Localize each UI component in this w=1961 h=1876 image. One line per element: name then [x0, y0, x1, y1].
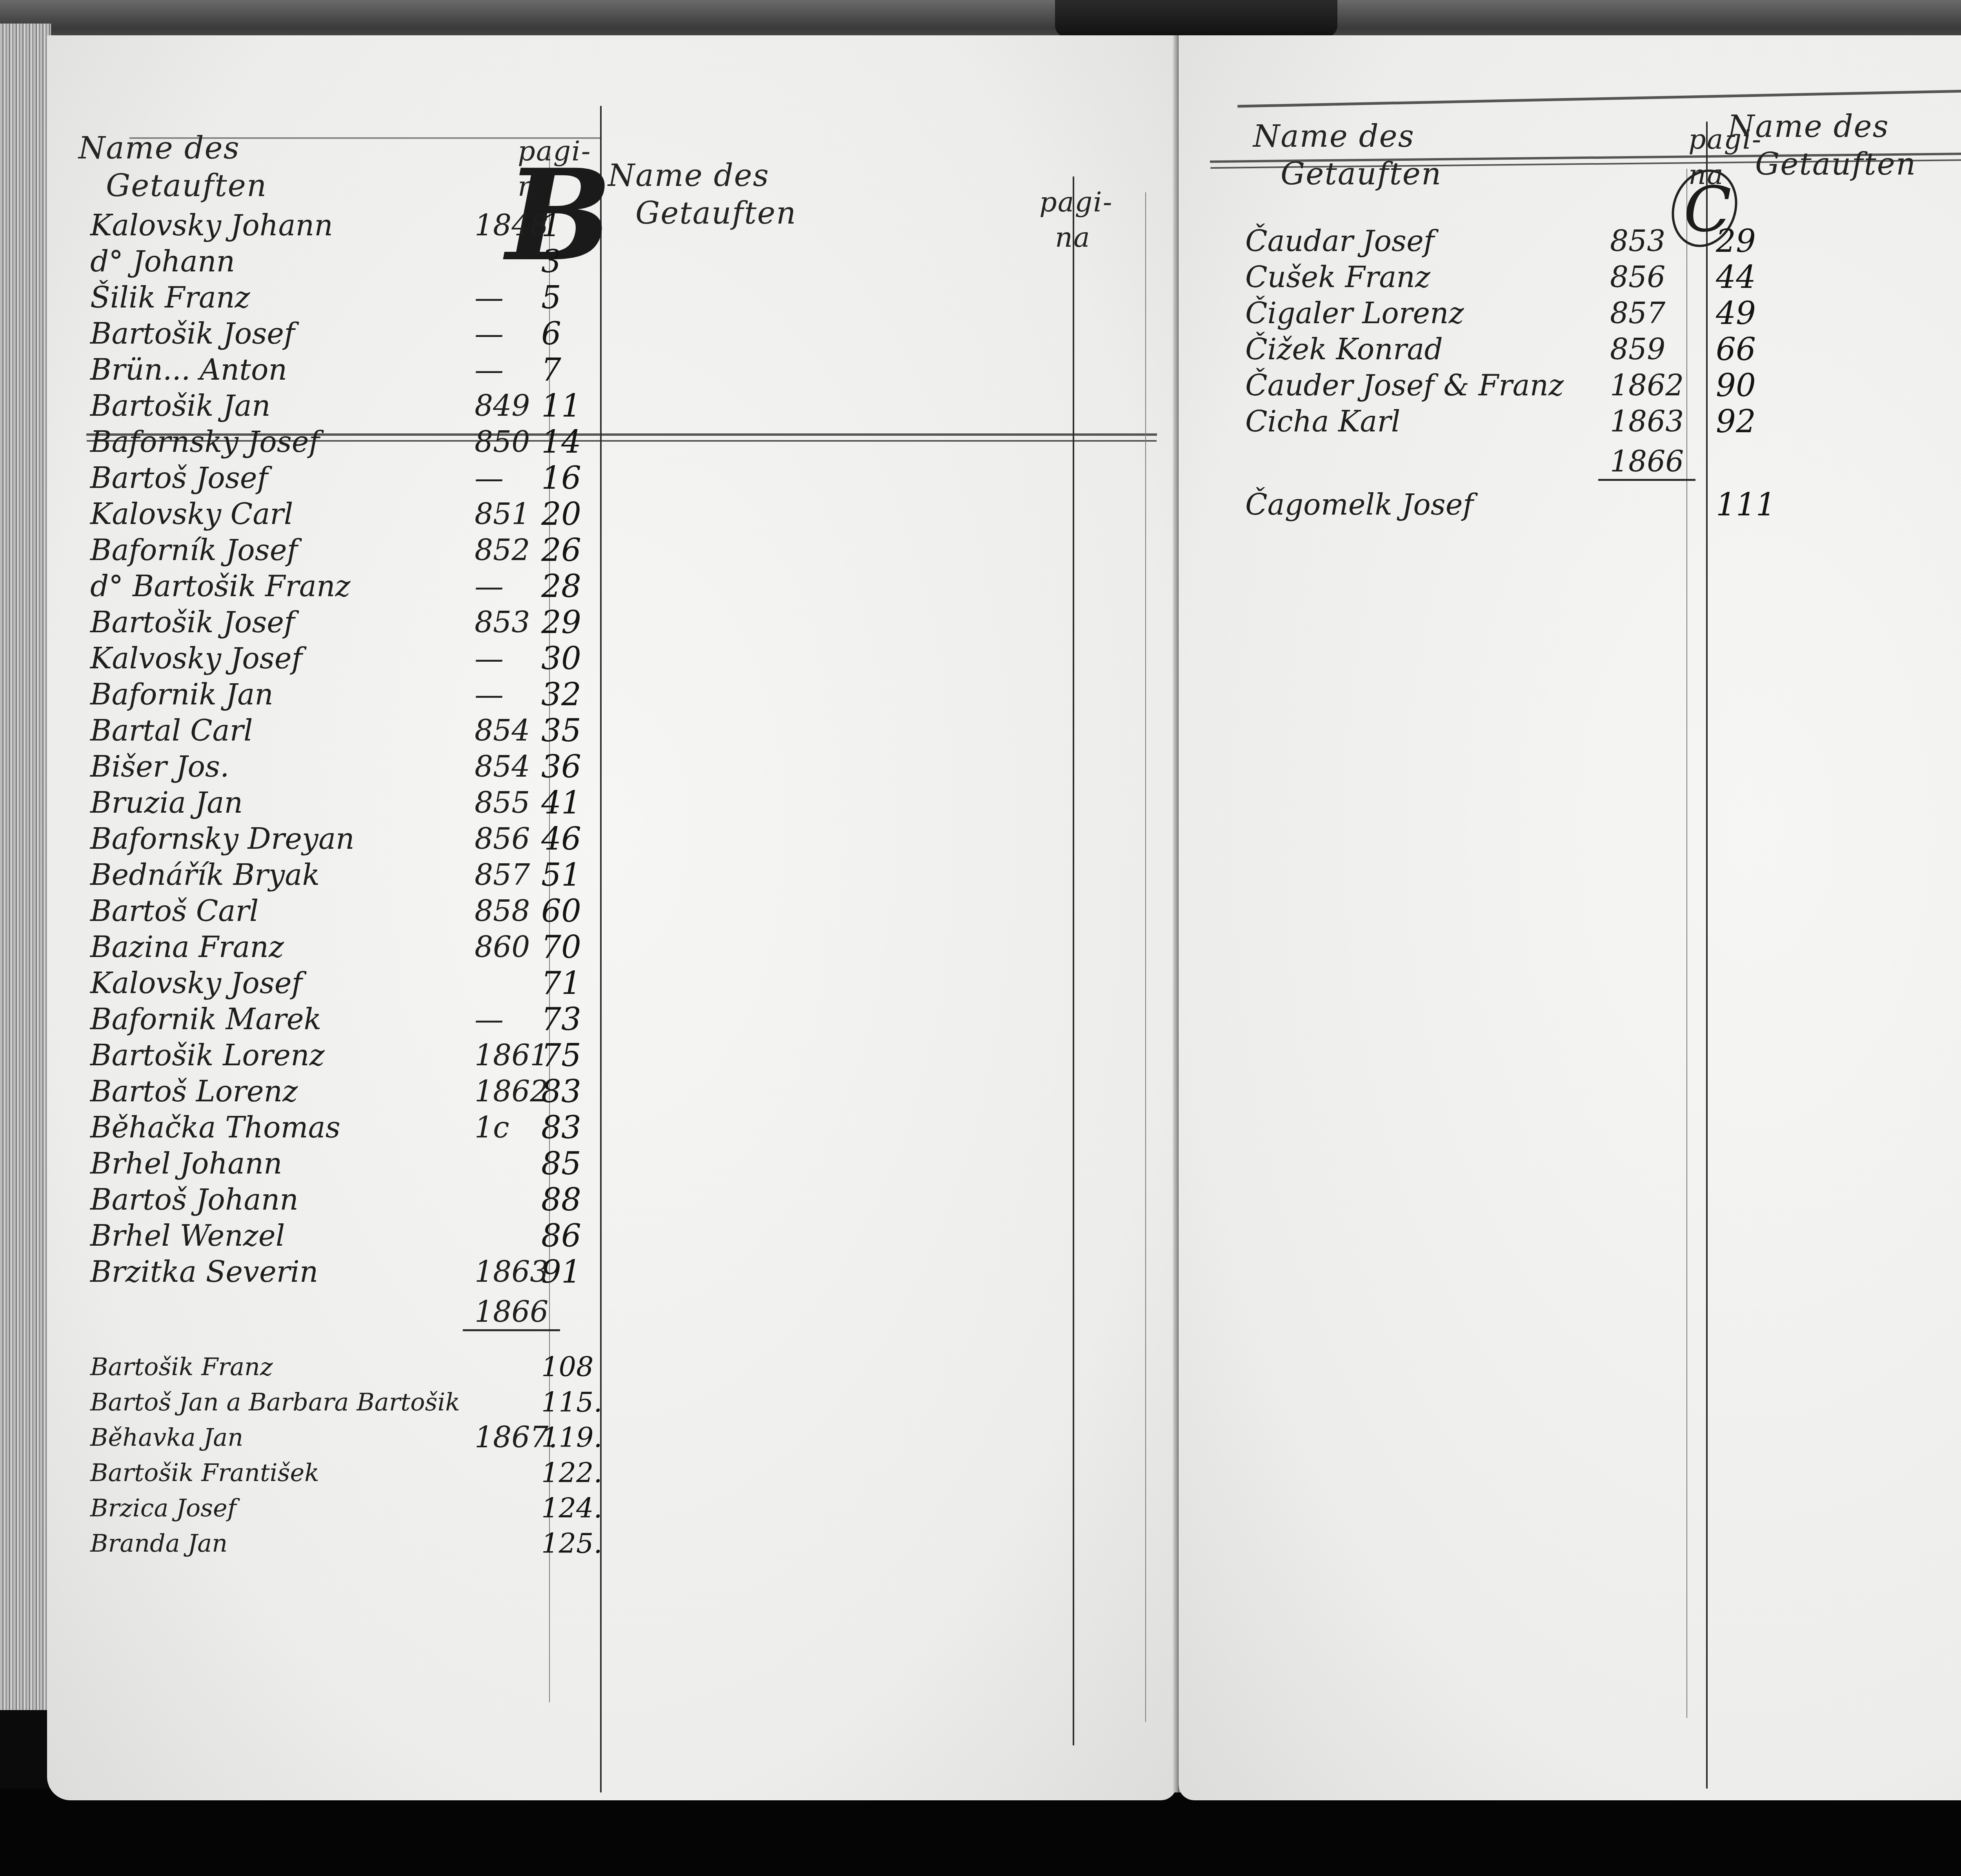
column-rule-page-2	[1145, 192, 1146, 1722]
entry-year: 1863	[475, 1250, 548, 1294]
entry-name: Brzitka Severin	[90, 1250, 318, 1294]
header-name-column: Name des Getauften	[1253, 118, 1442, 193]
header-name-column-2: Name des Getauften	[1728, 108, 1916, 183]
background-shadow	[0, 1789, 1961, 1876]
register-entry: Brzitka Severin186391	[90, 1250, 600, 1294]
entry-page-number: 92	[1716, 400, 1756, 443]
page-stack-left-edge	[0, 24, 51, 1710]
entry-name: Cicha Karl	[1245, 400, 1400, 443]
left-page: Name des Getauften pagi- na Name des Get…	[47, 35, 1177, 1800]
header-name-column-2: Name des Getauften	[608, 157, 797, 232]
register-entry: Cicha Karl186392	[1245, 400, 1814, 443]
entry-name: Čagomelk Josef	[1245, 483, 1473, 526]
register-entry: Branda Jan125.	[90, 1522, 600, 1565]
entry-year: 1863	[1610, 400, 1684, 443]
column-rule-name-2	[1073, 177, 1074, 1745]
right-page: Name des Getauften pagi- na Name des Get…	[1179, 35, 1961, 1800]
year-divider: 1866	[1610, 440, 1684, 483]
header-page-column-2: pagi- na	[1039, 184, 1113, 255]
entry-page-number: 111	[1716, 483, 1776, 526]
register-entry: Čagomelk Josef111	[1245, 483, 1814, 526]
entry-page-number: 125.	[541, 1522, 602, 1565]
entry-page-number: 91	[541, 1250, 581, 1294]
book-spine	[1055, 0, 1337, 37]
header-name-column: Name des Getauften	[78, 129, 267, 205]
header-top-rule	[1237, 83, 1961, 107]
year-divider: 1866	[475, 1290, 548, 1334]
entry-name: Branda Jan	[90, 1522, 227, 1565]
